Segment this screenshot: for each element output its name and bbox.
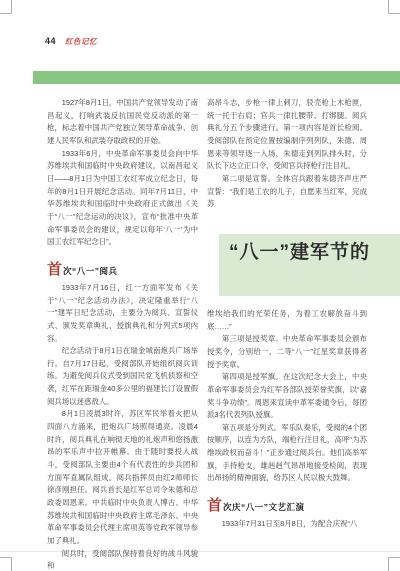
book-page: 44 红色记忆 1927年8月1日，中国共产党领导发动了南昌起义，打响武装反抗国… — [0, 0, 400, 571]
paragraph: 1933年6月，中央革命军事委员会向中华苏维埃共和国临时中央政府建议，以南昌起义… — [47, 148, 198, 249]
section-header-text: 次“八一”阅兵 — [63, 266, 118, 277]
section-header-first-gala: 首 次庆“八一”文艺汇演 — [207, 498, 367, 513]
section-header-text: 次庆“八一”文艺汇演 — [223, 502, 305, 513]
paragraph: 8月1日凌晨3时许，苏区军民举着火把从四面八方涌来，把炮兵广场照得通亮。凌晨4时… — [47, 408, 198, 547]
header-rule-bar — [33, 71, 400, 84]
crop-mark-bottom-right — [388, 557, 400, 571]
paragraph: 1933年7月31日至8月8日，为配合庆祝“八 — [207, 518, 367, 531]
crop-mark-bottom-left — [0, 557, 12, 571]
paragraph: 第三项是授奖章。中央革命军事委员会颁布授奖令，分别给一、二等“八一”红星奖章获得… — [207, 333, 367, 371]
paragraph: 高昂斗志，步枪一律上刺刀，驳壳枪上木枪匣，统一托于右肩；官兵一律扎腰带、打绑腿。… — [207, 97, 367, 173]
left-text-column: 1927年8月1日，中国共产党领导发动了南昌起义，打响武装反抗国民党反动派的第一… — [47, 97, 198, 571]
section-header-initial: 首 — [47, 262, 62, 277]
right-text-column: 高昂斗志，步枪一律上刺刀，驳壳枪上木枪匣，统一托于右肩；官兵一律扎腰带、打绑腿。… — [207, 97, 367, 531]
paragraph: 1933年7月16日，红一方面军发布《关于“八一”纪念活动办法》，决定隆重举行“… — [47, 282, 198, 345]
paragraph: 1927年8月1日，中国共产党领导发动了南昌起义，打响武装反抗国民党反动派的第一… — [47, 97, 198, 148]
chapter-title-text: “八一”建军节的 — [229, 242, 370, 263]
section-header-first-parade: 首 次“八一”阅兵 — [47, 262, 198, 277]
running-head: 44 红色记忆 — [45, 36, 97, 47]
paragraph: 维埃给我们的光荣任务，为着工农解放奋斗到底……” — [207, 308, 367, 333]
paragraph: 第二项是宣誓。全体官兵跟着朱德齐声庄严宣誓：“我们是工农的儿子，自愿来当红军，完… — [207, 173, 367, 211]
paragraph: 阅兵时，受阅部队保持着良好的战斗风貌和 — [47, 548, 198, 571]
paragraph: 第五项是分列式。军乐队奏乐，受阅的4个团按顺序，以连为方队，端枪行注目礼，高呼“… — [207, 422, 367, 485]
edition-label: 红色记忆 — [65, 36, 97, 47]
paragraph: 纪念活动于8月1日在瑞金城南炮兵广场举行。自7月17日起，受阅部队开始组织阅兵训… — [47, 345, 198, 408]
section-header-initial: 首 — [207, 498, 222, 513]
chapter-title-box: “八一”建军节的 — [219, 234, 400, 296]
crop-mark-top-left — [0, 0, 12, 14]
paragraph: 第四项是授军旗。在这次纪念大会上，中央革命军事委员会为红军各部队授荣誉奖旗，以“… — [207, 371, 367, 422]
crop-mark-top-right — [388, 0, 400, 14]
page-number: 44 — [45, 36, 56, 46]
